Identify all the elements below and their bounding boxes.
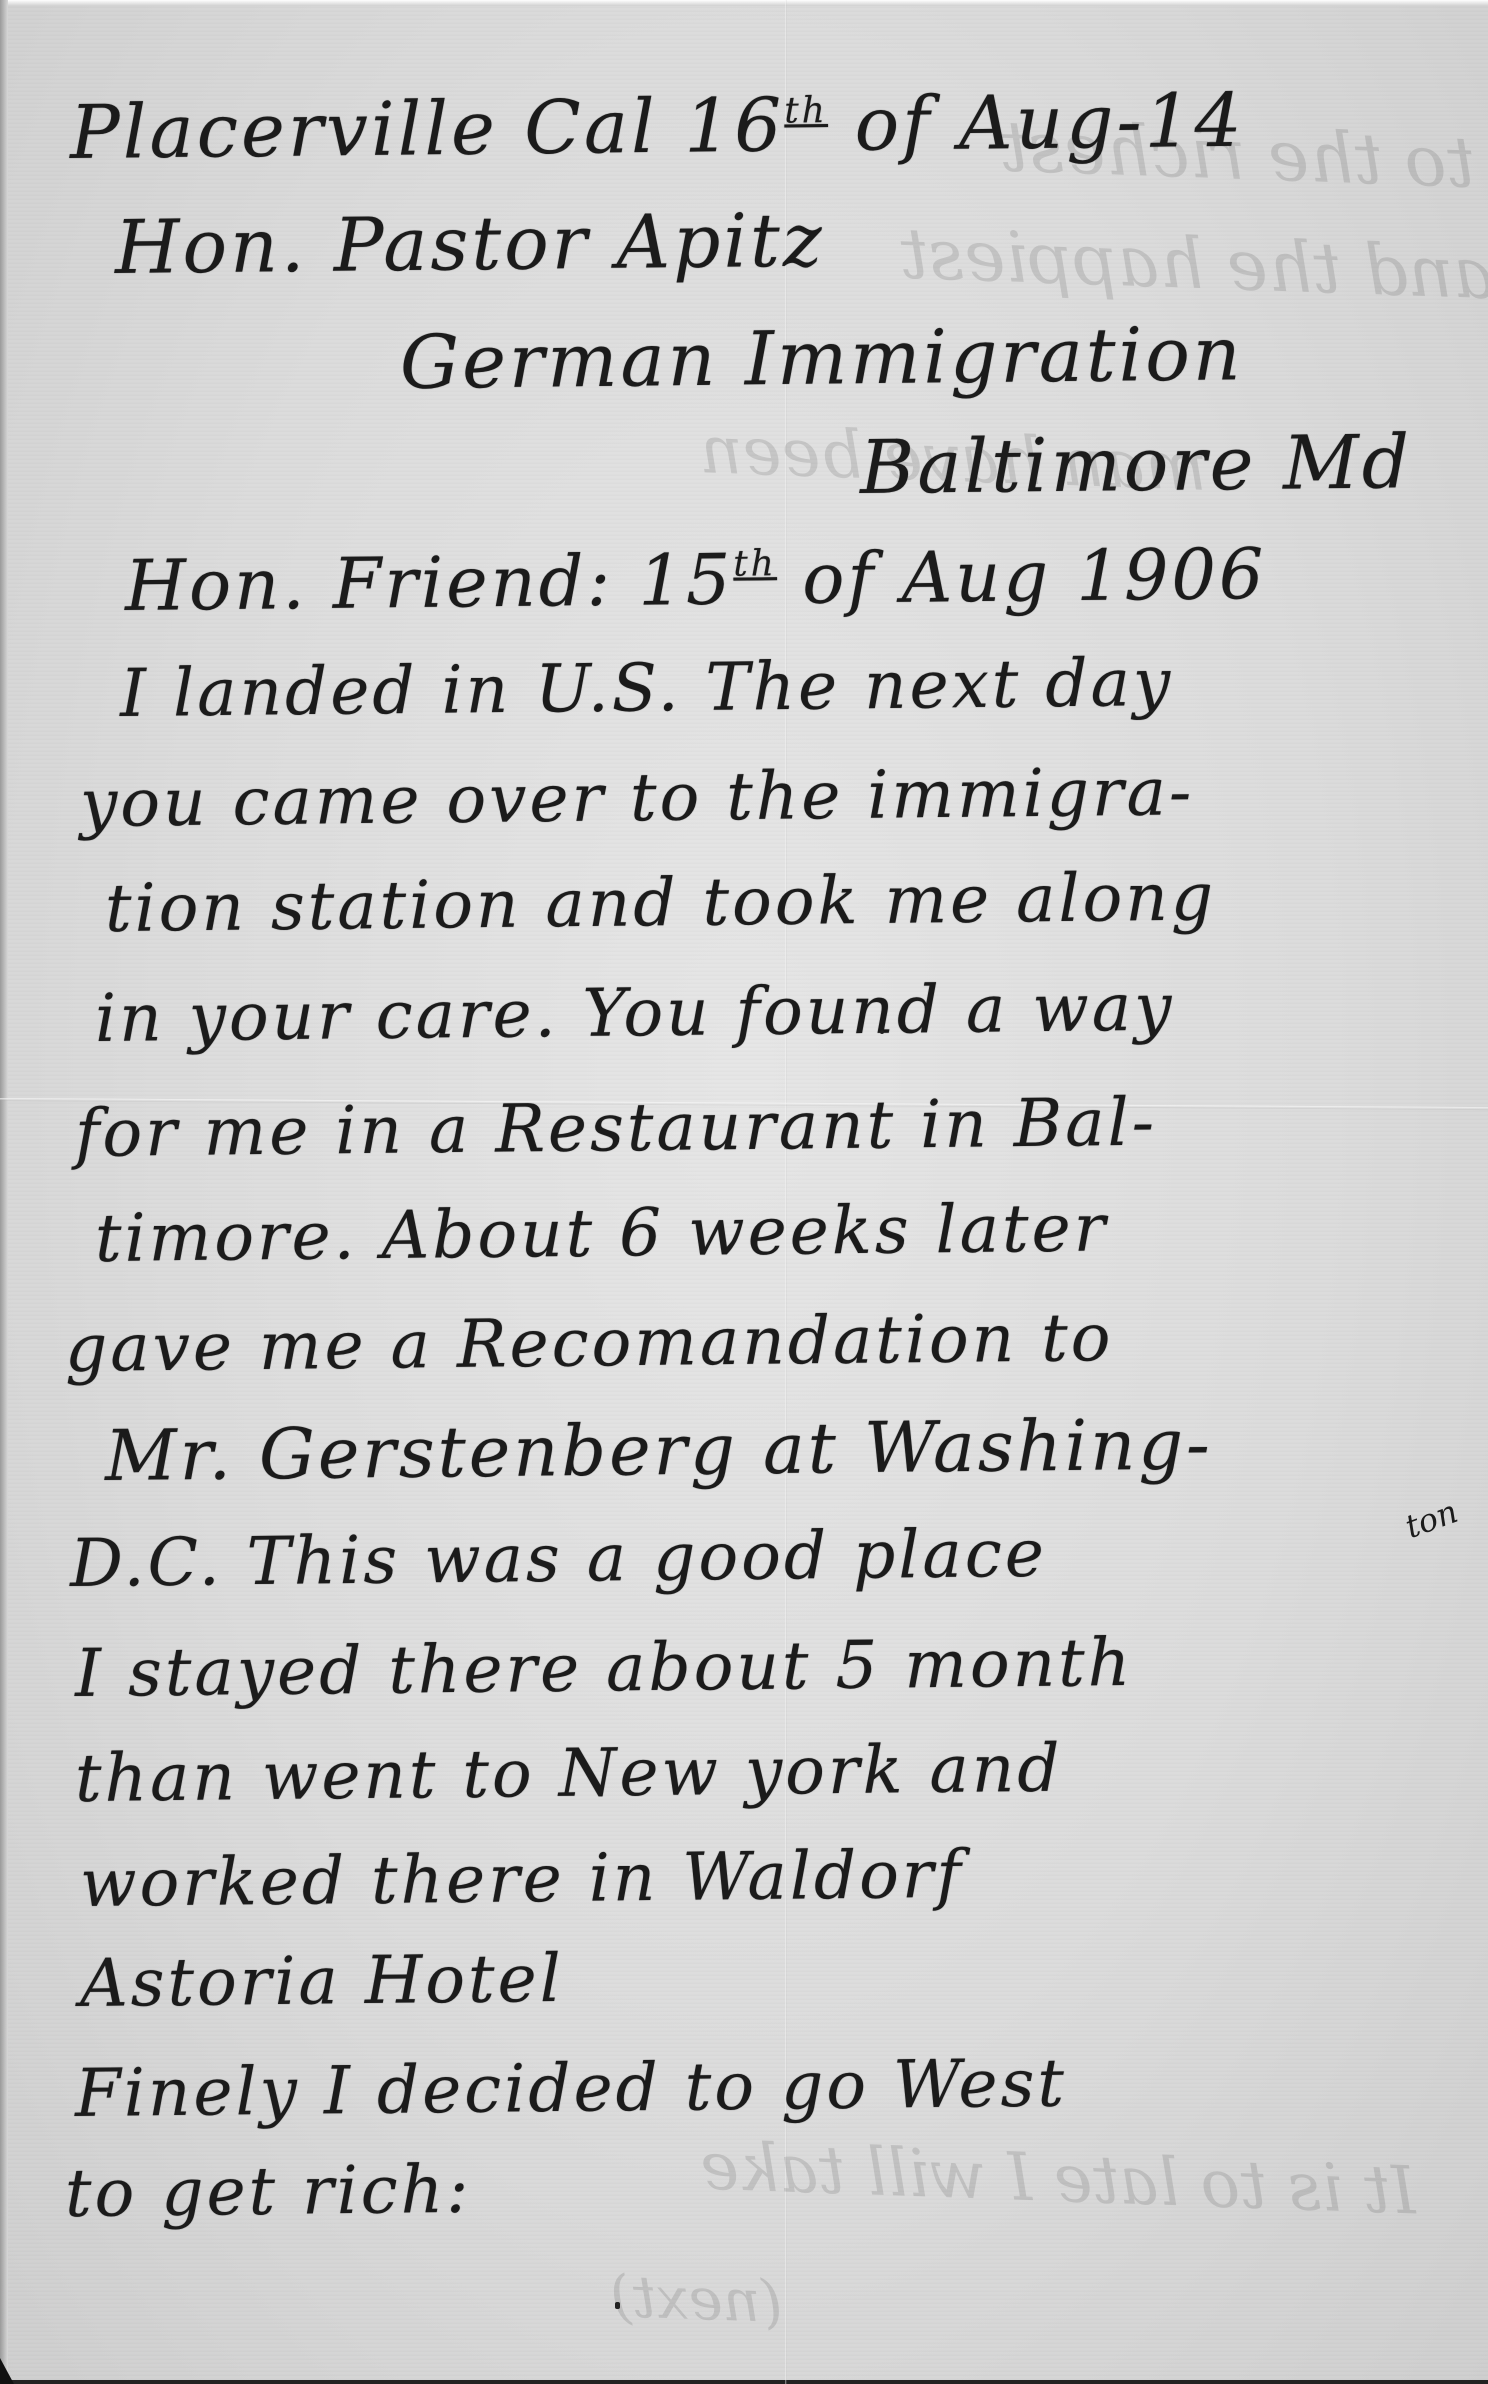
body-line: timore. About 6 weeks later	[95, 1189, 1109, 1277]
body-line: than went to New york and	[75, 1730, 1063, 1817]
recipient-name: Hon. Pastor Apitz	[115, 198, 826, 291]
ink-speck	[880, 1030, 884, 1034]
paper-left-edge	[0, 0, 8, 2384]
ink-speck	[615, 2302, 620, 2309]
recipient-city: Baltimore Md	[860, 419, 1413, 511]
place-date-text: Placerville Cal 16	[70, 83, 785, 176]
paper-top-edge	[0, 0, 1488, 6]
body-line: you came over to the immigra-	[80, 753, 1195, 842]
body-line: D.C. This was a good place	[70, 1515, 1048, 1602]
body-line: worked there in Waldorf	[80, 1836, 965, 1922]
letter-place-date: Placerville Cal 16th of Aug-14	[70, 78, 1246, 176]
body-line: to get rich:	[65, 2151, 472, 2232]
recipient-organization: German Immigration	[400, 311, 1244, 406]
salutation-date-end: of Aug 1906	[802, 533, 1267, 620]
body-line: in your care. You found a way	[95, 969, 1175, 1057]
salutation-text: Hon. Friend: 15	[125, 539, 734, 627]
ordinal-suffix: th	[784, 90, 828, 131]
letter-page: Well I got to the richest the richest an…	[0, 0, 1488, 2384]
paper-corner-fold	[0, 2358, 14, 2384]
body-line: I landed in U.S. The next day	[120, 644, 1174, 732]
continuation-mark: (next)	[609, 2262, 784, 2336]
ordinal-suffix: th	[733, 543, 777, 584]
body-line: Astoria Hotel	[80, 1940, 565, 2022]
body-line: Finely I decided to go West	[75, 2045, 1068, 2132]
body-line: gave me a Recomandation to	[65, 1299, 1114, 1387]
inserted-word: ton	[1400, 1492, 1463, 1546]
salutation: Hon. Friend: 15th of Aug 1906	[125, 533, 1267, 627]
body-line: for me in a Restaurant in Bal-	[75, 1084, 1158, 1172]
body-line: tion station and took me along	[105, 858, 1217, 947]
bleed-through-text: It is to late I will take	[699, 2128, 1418, 2230]
body-line: Mr. Gerstenberg at Washing-	[105, 1403, 1214, 1497]
paper-bottom-edge	[0, 2380, 1488, 2384]
body-line: I stayed there about 5 month	[75, 1624, 1134, 1712]
place-date-end: of Aug-14	[854, 78, 1245, 168]
